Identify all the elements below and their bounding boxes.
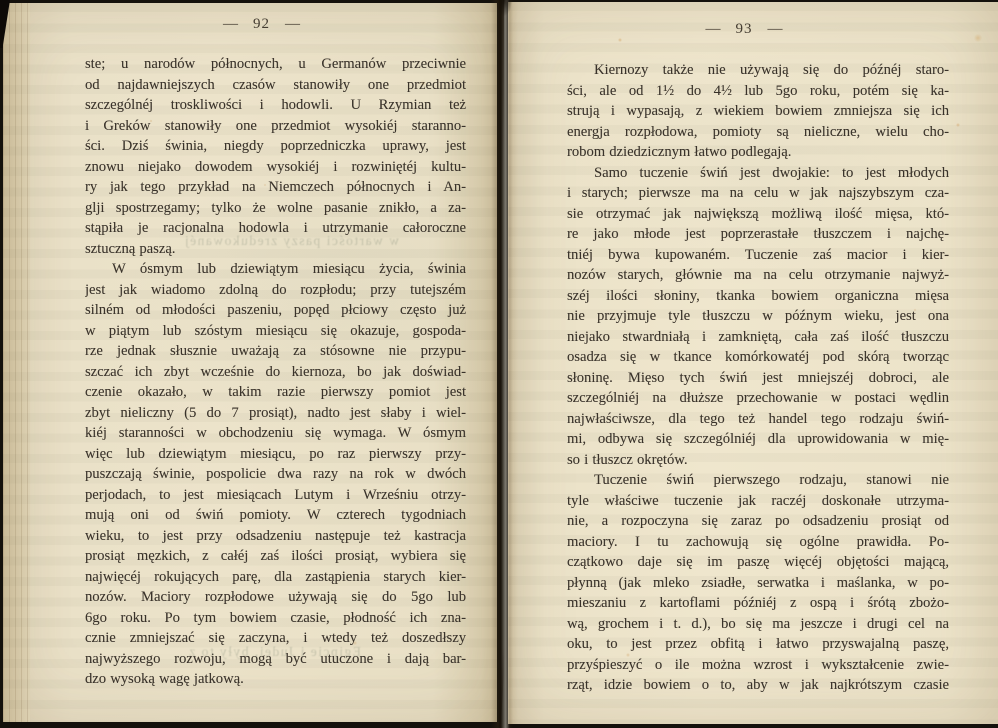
- text-line: i starych; pierwsze ma na celu w jak naj…: [567, 183, 949, 204]
- text-line: maciory. I tu zachowują się ogólne prawi…: [567, 532, 949, 553]
- text-line: szczać ich zbyt wcześnie do kiernoza, bo…: [85, 362, 466, 383]
- text-line: nie przyjmuje tyle tłuszczu w późnym wie…: [567, 306, 949, 327]
- text-line: szczególniéj na dłuższe przechowanie w p…: [567, 388, 949, 409]
- text-line: mieszaniu z kartoflami późniéj z ospą i …: [567, 593, 949, 614]
- header-dash-right: —: [285, 16, 300, 33]
- text-line: płynną (jak mleko zsiadłe, serwatka i ma…: [567, 573, 949, 594]
- text-line: rząt, idzie bowiem o to, aby w jak najkr…: [567, 675, 949, 696]
- page-number: 93: [736, 21, 753, 38]
- text-line: dzo wysoką wagę jatkową.: [85, 669, 466, 690]
- text-line: nozów. Maciory rozpłodowe używają się do…: [85, 587, 466, 608]
- text-line: słoninę. Mięso tych świń jest mniejszéj …: [567, 368, 949, 389]
- page-left: — 92 — w wartości paszy zredukowanéj Egi…: [3, 3, 497, 722]
- page-number: 92: [253, 16, 270, 33]
- text-line: jest jak wiadomo zdolną do rozpłodu; prz…: [85, 280, 466, 301]
- text-line: prosiąt męzkich, z całéj zaś ilości pros…: [85, 546, 466, 567]
- text-line: ste; u narodów północnych, u Germanów pr…: [85, 54, 466, 75]
- text-line: najwięcéj rokujących parę, dla zastąpien…: [85, 567, 466, 588]
- text-line: i Greków stanowiły one przedmiot wysokié…: [85, 116, 466, 137]
- text-line: tyle właściwe tuczenie jak raczéj doskon…: [567, 491, 949, 512]
- text-line: nozów starych, głównie ma na celu otrzym…: [567, 265, 949, 286]
- text-line: oku, to jest przez obfitą i łatwo przysw…: [567, 634, 949, 655]
- text-line: glji spostrzegamy; tylko że wolne pasani…: [85, 198, 466, 219]
- text-line: silném od młodości paszeniu, popęd płcio…: [85, 300, 466, 321]
- text-line: znowu niejako dowodem wysokiéj i rozwini…: [85, 157, 466, 178]
- text-line: w piątym lub szóstym miesiącu się okazuj…: [85, 321, 466, 342]
- text-line: re jako młode jest poprzerastałe tłuszcz…: [567, 224, 949, 245]
- page-number-header: — 92 —: [71, 16, 452, 33]
- text-line: najwłaściwsze, dla tego też handel tego …: [567, 409, 949, 430]
- header-dash-left: —: [706, 21, 721, 38]
- header-dash-right: —: [768, 21, 783, 38]
- show-through-text: Egipcie i Judei, były to z: [61, 644, 361, 660]
- text-line: Kiernozy także nie używają się do późnéj…: [567, 60, 949, 81]
- text-line: czątkowo daje się im paszę więcéj objęto…: [567, 552, 949, 573]
- header-dash-left: —: [223, 16, 238, 33]
- text-line: széj ilości słoniny, tkanka bowiem organ…: [567, 286, 949, 307]
- text-line: sie otrzymać jak największą możliwą iloś…: [567, 204, 949, 225]
- text-line: rze jednak słusznie uważają za stósowne …: [85, 341, 466, 362]
- text-line: perjodach, to jest miesiącach Lutym i Wr…: [85, 485, 466, 506]
- text-line: od najdawniejszych czasów stanowiły one …: [85, 75, 466, 96]
- text-line: 6go roku. Po tym bowiem czasie, płodność…: [85, 608, 466, 629]
- book-gutter: [491, 0, 513, 728]
- text-line: osadza się w tkance komórkowatéj pod skó…: [567, 347, 949, 368]
- text-line: nie, a rozpoczyna się zaraz po odsadzeni…: [567, 511, 949, 532]
- text-line: so i tłuszcz okrętów.: [567, 450, 949, 471]
- page-edge-stack: [3, 3, 30, 722]
- text-line: mują oni od świń pomioty. W czterech tyg…: [85, 505, 466, 526]
- text-line: wieku, to jest przy odsadzeniu następuje…: [85, 526, 466, 547]
- text-line: szczególnéj troskliwości i hodowli. U Rz…: [85, 95, 466, 116]
- text-line: zbyt nieliczny (5 do 7 prosiąt), nadto j…: [85, 403, 466, 424]
- text-line: mi, odbywa się szczególniéj dla uprowido…: [567, 429, 949, 450]
- text-line: Tuczenie świń pierwszego rodzaju, stanow…: [567, 470, 949, 491]
- text-line: robom dziedzicznym łatwo podlegają.: [567, 142, 949, 163]
- gutter-top-shadow: [496, 0, 512, 16]
- text-line: czenie okazało, w takim razie pierwszy p…: [85, 382, 466, 403]
- text-line: więc lub dziewiątym miesiącu, po raz pie…: [85, 444, 466, 465]
- page-text-column: Kiernozy także nie używają się do późnéj…: [567, 60, 949, 696]
- text-line: ści, ale od 1½ do 4½ lub 5go roku, potém…: [567, 81, 949, 102]
- text-line: strują i wypasają, z wiekiem bowiem zmni…: [567, 101, 949, 122]
- text-line: kiéj staranności w obchodzeniu się wymag…: [85, 423, 466, 444]
- text-line: puszczają świnie, pospolicie dwa razy na…: [85, 464, 466, 485]
- text-line: niejako stwardniałą i zamkniętą, cała za…: [567, 327, 949, 348]
- text-line: przyśpieszyć o ile można wzrost i wykszt…: [567, 655, 949, 676]
- show-through-text: w wartości paszy zredukowanéj: [59, 233, 399, 249]
- page-number-header: — 93 —: [553, 21, 935, 38]
- text-line: ści. Dziś świnia, niegdy poprzedniczka u…: [85, 136, 466, 157]
- page-text-column: ste; u narodów północnych, u Germanów pr…: [85, 54, 466, 690]
- text-line: Samo tuczenie świń jest dwojakie: to jes…: [567, 163, 949, 184]
- book-scan: — 92 — w wartości paszy zredukowanéj Egi…: [0, 0, 998, 728]
- text-line: ry jak tego przykład na Niemczech północ…: [85, 177, 466, 198]
- text-line: energja rozpłodowa, pomioty są nieliczne…: [567, 122, 949, 143]
- text-line: wą, grochem i t. d.), bo się ma jeszcze …: [567, 614, 949, 635]
- text-line: tniéj bywa kupowaném. Tuczenie zaś macio…: [567, 245, 949, 266]
- text-line: W ósmym lub dziewiątym miesiącu życia, ś…: [85, 259, 466, 280]
- page-right: — 93 — Kiernozy także nie używają się do…: [508, 2, 998, 724]
